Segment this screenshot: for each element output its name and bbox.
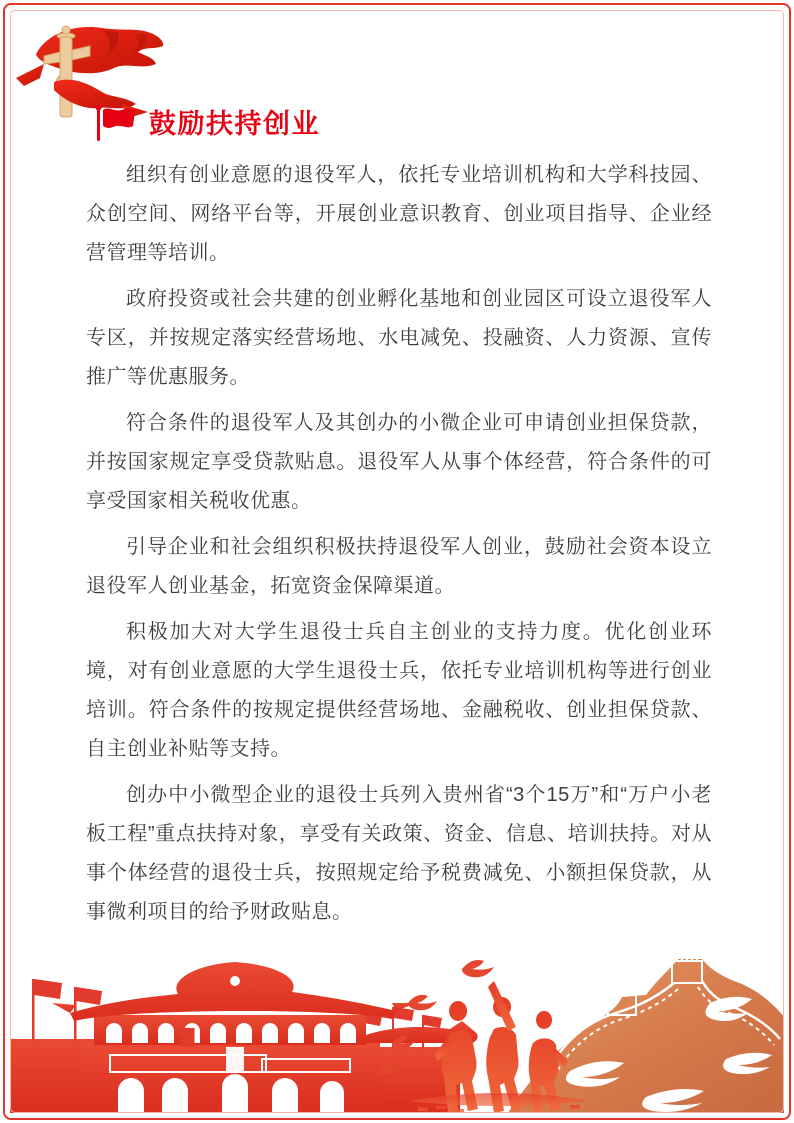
section-heading: 鼓励扶持创业 bbox=[94, 104, 320, 142]
section-title: 鼓励扶持创业 bbox=[149, 109, 320, 138]
paragraph: 积极加大对大学生退役士兵自主创业的支持力度。优化创业环境，对有创业意愿的大学生退… bbox=[86, 613, 712, 769]
paragraph: 组织有创业意愿的退役军人，依托专业培训机构和大学科技园、众创空间、网络平台等，开… bbox=[86, 156, 712, 273]
paragraph: 政府投资或社会共建的创业孵化基地和创业园区可设立退役军人专区，并按规定落实经营场… bbox=[86, 280, 712, 397]
patriotic-footer-illustration bbox=[10, 951, 784, 1113]
paragraph: 创办中小微型企业的退役士兵列入贵州省“3个15万”和“万户小老板工程”重点扶持对… bbox=[86, 776, 712, 932]
document-page: 鼓励扶持创业 组织有创业意愿的退役军人，依托专业培训机构和大学科技园、众创空间、… bbox=[0, 0, 794, 1123]
paragraph: 引导企业和社会组织积极扶持退役军人创业，鼓励社会资本设立退役军人创业基金，拓宽资… bbox=[86, 528, 712, 606]
paragraph: 符合条件的退役军人及其创办的小微企业可申请创业担保贷款，并按国家规定享受贷款贴息… bbox=[86, 404, 712, 521]
flag-icon bbox=[94, 104, 136, 142]
article-body: 组织有创业意愿的退役军人，依托专业培训机构和大学科技园、众创空间、网络平台等，开… bbox=[86, 156, 712, 939]
